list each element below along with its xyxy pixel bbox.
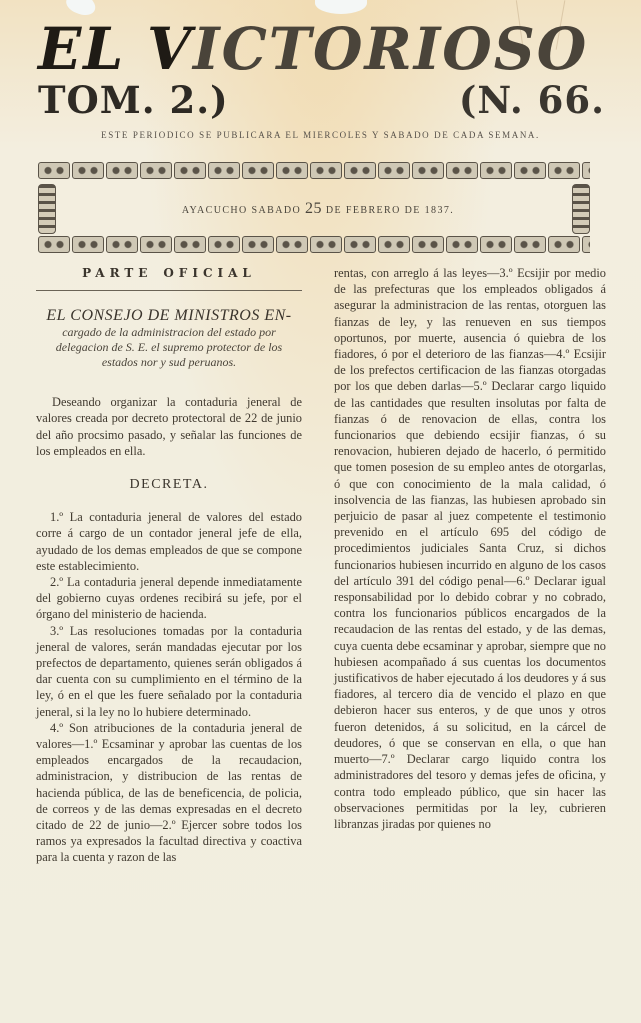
section-divider — [36, 290, 302, 291]
dateline-place-day: AYACUCHO SABADO — [182, 205, 301, 216]
section-title: Parte Oficial — [36, 264, 302, 280]
paper-tear — [315, 0, 367, 14]
newspaper-title: EL VICTORIOSO — [38, 18, 597, 80]
article-3: 3.º Las resoluciones tomadas por la cont… — [36, 623, 302, 720]
article-4: 4.º Son atribuciones de la contaduria je… — [36, 720, 302, 866]
title-faded-part: ICTORIOSO — [193, 15, 588, 83]
left-column: Parte Oficial EL CONSEJO DE MINISTROS EN… — [36, 262, 302, 866]
article-1: 1.º La contaduria jeneral de valores del… — [36, 509, 302, 574]
ornamental-border-left — [38, 184, 56, 234]
volume-label: TOM. 2.) — [38, 80, 229, 120]
right-column: rentas, con arreglo á las leyes—3.º Ecsi… — [334, 265, 606, 832]
dateline-month-year: DE FEBRERO DE 1837. — [326, 205, 454, 216]
decree-subheading: cargado de la administracion del estado … — [40, 325, 298, 370]
dateline: AYACUCHO SABADO 25 DE FEBRERO DE 1837. — [58, 200, 578, 218]
article-2: 2.º La contaduria jeneral depende inmedi… — [36, 574, 302, 623]
decreta-heading: DECRETA. — [36, 477, 302, 493]
ornamental-border-bottom — [38, 236, 590, 253]
newspaper-page: EL VICTORIOSO TOM. 2.) (N. 66. ESTE PERI… — [0, 0, 641, 1023]
decree-preamble: Deseando organizar la contaduria jeneral… — [36, 394, 302, 459]
article-4-continuation: rentas, con arreglo á las leyes—3.º Ecsi… — [334, 265, 606, 832]
dateline-day-number: 25 — [305, 200, 322, 217]
ornamental-border-top — [38, 162, 590, 179]
title-dark-part: EL V — [38, 15, 193, 83]
publication-tagline: ESTE PERIODICO SE PUBLICARA EL MIERCOLES… — [0, 130, 641, 140]
decree-heading: EL CONSEJO DE MINISTROS EN- — [36, 307, 302, 325]
issue-number: (N. 66. — [459, 80, 605, 120]
